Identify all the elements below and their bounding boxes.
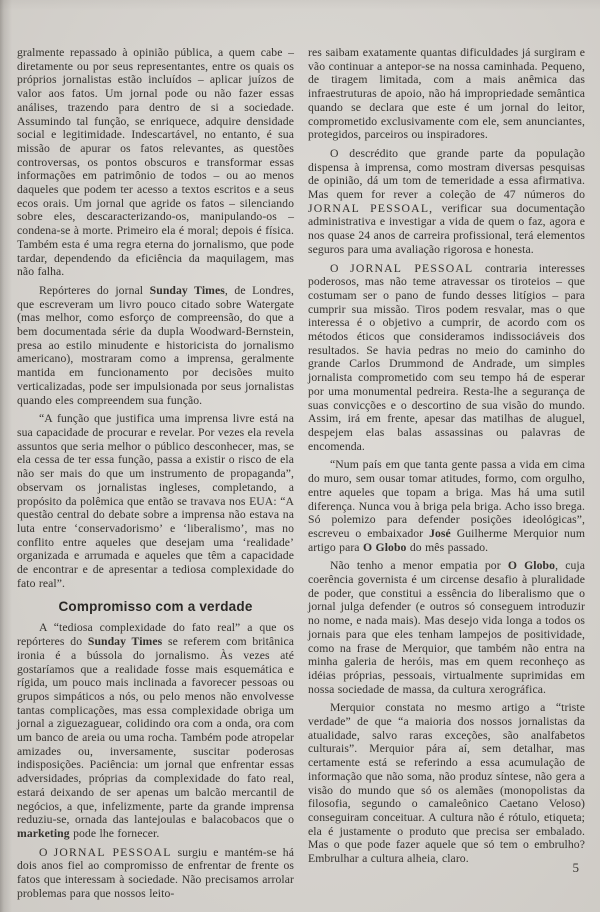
text-run: Repórteres do jornal (39, 284, 150, 297)
paragraph: gralmente repassado à opinião pública, a… (17, 46, 294, 279)
text-run: O descrédito que grande parte da populaç… (308, 147, 585, 201)
text-run: Merquior constata no mesmo artigo a “tri… (308, 701, 585, 865)
paragraph: O JORNAL PESSOAL surgiu e mantém-se há d… (17, 846, 294, 901)
paragraph: Merquior constata no mesmo artigo a “tri… (308, 701, 585, 865)
text-run: , de Londres, que escreveram um livro po… (17, 284, 294, 407)
text-run: O (330, 262, 350, 275)
paragraph: “A função que justifica uma imprensa liv… (17, 412, 294, 590)
scanned-document-page: gralmente repassado à opinião pública, a… (0, 0, 600, 912)
paragraph: A “tediosa complexidade do fato real” a … (17, 621, 294, 840)
text-run: res saibam exatamente quantas dificuldad… (308, 46, 585, 141)
smallcaps-title-text: JORNAL PESSOAL (308, 202, 429, 215)
text-run: , cuja coerência governista é um circens… (308, 559, 585, 695)
paragraph: O descrédito que grande parte da populaç… (308, 147, 585, 257)
text-columns: gralmente repassado à opinião pública, a… (17, 46, 585, 905)
paragraph: Repórteres do jornal Sunday Times, de Lo… (17, 284, 294, 407)
smallcaps-title-text: JORNAL PESSOAL (350, 262, 473, 275)
text-run: pode lhe fornecer. (70, 827, 160, 840)
paragraph: Não tenho a menor empatia por O Globo, c… (308, 559, 585, 696)
text-run: Não tenho a menor empatia por (330, 559, 508, 572)
text-run: gralmente repassado à opinião pública, a… (17, 46, 294, 278)
bold-text: Sunday Times (88, 635, 162, 648)
text-run: “A função que justifica uma imprensa liv… (17, 412, 294, 589)
text-run: O (39, 846, 54, 859)
smallcaps-title-text: JORNAL PESSOAL (54, 846, 172, 859)
bold-text: O Globo (363, 541, 407, 554)
paragraph: O JORNAL PESSOAL contraria interesses po… (308, 262, 585, 454)
text-run: do mês passado. (406, 541, 488, 554)
column-left: gralmente repassado à opinião pública, a… (17, 46, 294, 905)
text-run: se referem com britânica ironia é a búss… (17, 635, 294, 826)
paragraph: “Num país em que tanta gente passa a vid… (308, 458, 585, 554)
bold-text: marketing (17, 827, 70, 840)
section-heading: Compromisso com a verdade (17, 599, 294, 614)
paragraph: res saibam exatamente quantas dificuldad… (308, 46, 585, 142)
column-right: res saibam exatamente quantas dificuldad… (308, 46, 585, 905)
bold-text: José (429, 527, 451, 540)
text-run: contraria interesses poderosos, mas não … (308, 262, 585, 453)
bold-text: Sunday Times (150, 284, 225, 297)
page-number: 5 (573, 860, 580, 876)
bold-text: O Globo (508, 559, 555, 572)
